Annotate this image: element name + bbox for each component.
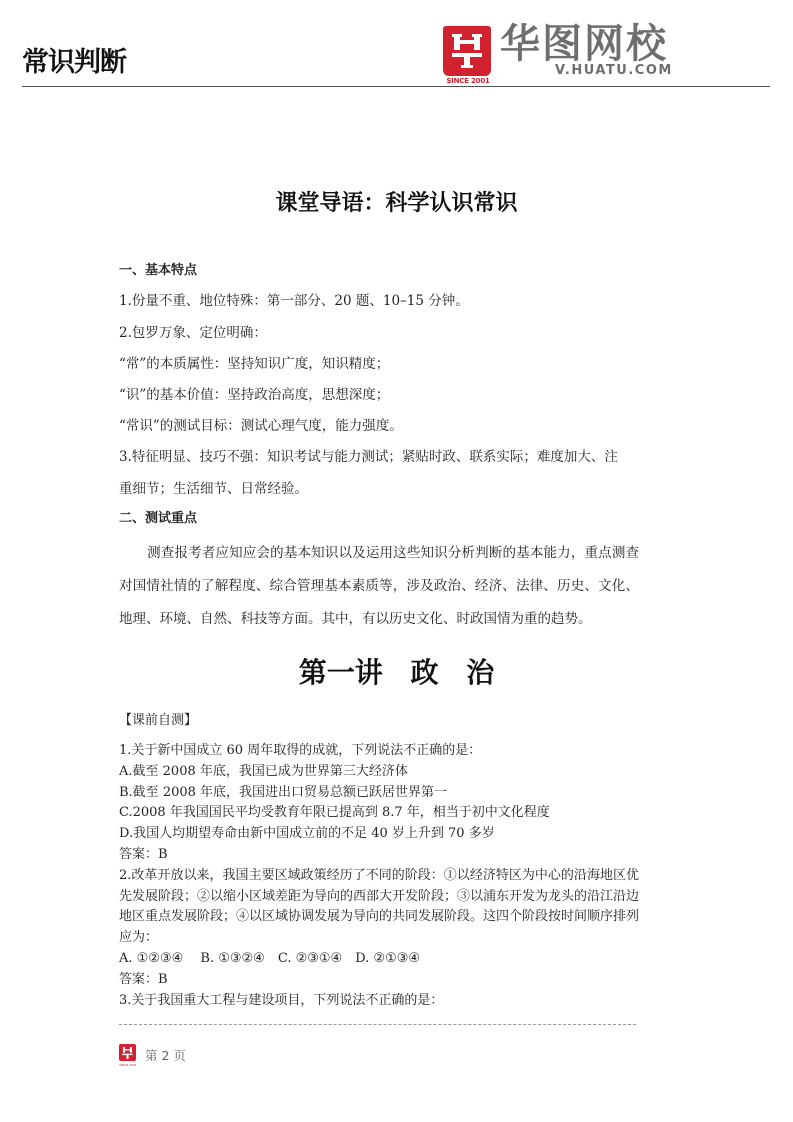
footer-logo-icon <box>119 1044 136 1061</box>
option-c: C.2008 年我国国民平均受教育年限已提高到 8.7 年，相当于初中文化程度 <box>119 803 639 824</box>
answer: 答案：B <box>119 845 639 866</box>
logo-since-text: SINCE 2001 <box>443 77 493 85</box>
page-number: 第 2 页 <box>145 1046 186 1064</box>
pretest-label: 【课前自测】 <box>119 711 639 732</box>
test-focus-text: 测查报考者应知应会的基本知识以及运用这些知识分析判断的基本能力，重点测查对国情社… <box>119 545 639 627</box>
feature-item-3-line1: 3.特征明显、技巧不强：知识考试与能力测试；紧贴时政、联系实际；难度加大、注 <box>119 447 639 467</box>
feature-item-2b: “识”的基本价值：坚持政治高度，思想深度； <box>119 385 639 405</box>
lecture-heading: 第一讲 政 治 <box>0 651 793 691</box>
question-stem-3: 3.关于我国重大工程与建设项目，下列说法不正确的是： <box>119 991 639 1012</box>
feature-item-2c: “常识”的测试目标：测试心理气度，能力强度。 <box>119 416 639 436</box>
test-focus-paragraph: 测查报考者应知应会的基本知识以及运用这些知识分析判断的基本能力，重点测查对国情社… <box>119 537 639 636</box>
option-d: D.我国人均期望寿命由新中国成立前的不足 40 岁上升到 70 多岁 <box>119 824 639 845</box>
feature-item-2a: “常”的本质属性：坚持知识广度，知识精度； <box>119 354 639 374</box>
logo-brand-name: 华图网校 <box>500 22 668 66</box>
document-section-title: 常识判断 <box>22 40 126 79</box>
huatu-shield-logo-icon <box>443 26 491 76</box>
feature-item-3-line2: 重细节；生活细节、日常经验。 <box>119 479 639 499</box>
footer-divider <box>119 1024 636 1025</box>
question-1: 1.关于新中国成立 60 周年取得的成就，下列说法不正确的是： A.截至 200… <box>119 741 639 1011</box>
header-divider <box>22 86 508 87</box>
feature-item-1: 1.份量不重、地位特殊：第一部分、20 题、10–15 分钟。 <box>119 291 639 311</box>
feature-item-2: 2.包罗万象、定位明确： <box>119 323 639 343</box>
header-divider-right <box>480 86 770 87</box>
logo-url-text: V.HUATU.COM <box>555 63 673 78</box>
option-b: B.截至 2008 年底，我国进出口贸易总额已跃居世界第一 <box>119 783 639 804</box>
section-title-test-focus: 二、测试重点 <box>119 509 639 529</box>
question-stem-2: 2.改革开放以来，我国主要区域政策经历了不同的阶段：①以经济特区为中心的沿海地区… <box>119 866 639 949</box>
question-stem: 1.关于新中国成立 60 周年取得的成就，下列说法不正确的是： <box>119 741 639 762</box>
footer-since-text: SINCE 2001 <box>117 1063 139 1067</box>
options-line-2: A. ①②③④ B. ①③②④ C. ②③①④ D. ②①③④ <box>119 949 639 970</box>
section-title-basic-features: 一、基本特点 <box>119 261 639 281</box>
answer-2: 答案：B <box>119 970 639 991</box>
option-a: A.截至 2008 年底，我国已成为世界第三大经济体 <box>119 762 639 783</box>
intro-heading: 课堂导语：科学认识常识 <box>0 186 793 217</box>
